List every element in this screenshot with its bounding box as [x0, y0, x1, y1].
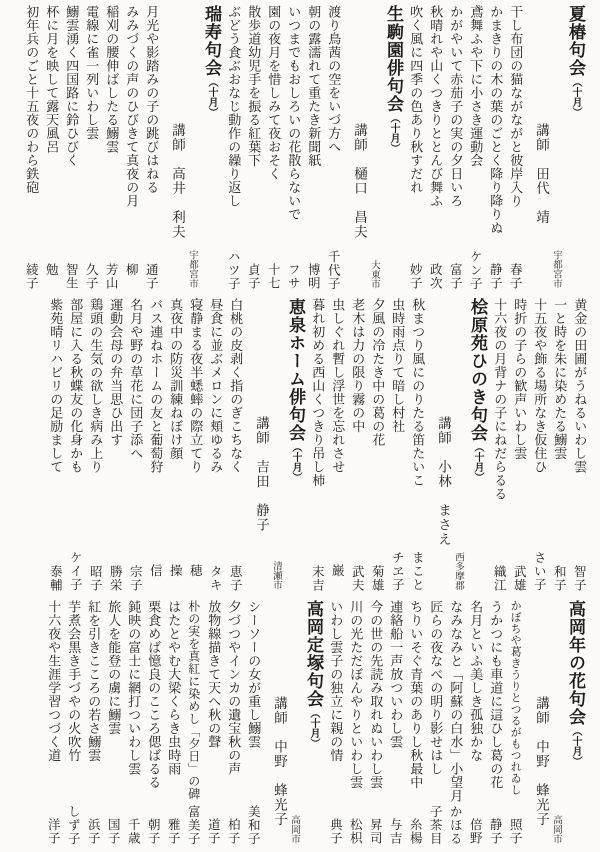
section-title: 高岡年の花句会（十月） — [561, 600, 585, 847]
poem-column: 紅を引きこころの若さ鰯雲浜子 — [84, 600, 102, 847]
section-header: 瑞寿句会（十月）宇都宮市講師 高井 利夫 — [163, 5, 221, 292]
poem-author: チヱ子 — [390, 551, 404, 594]
poem-author: 美和子 — [246, 805, 260, 848]
section-title: 瑞寿句会（十月） — [197, 5, 221, 292]
month-label: （十月） — [388, 113, 399, 153]
poem-author: 芳山 — [104, 263, 118, 292]
poem-author: 静子 — [488, 818, 502, 847]
poem-author: 富子 — [448, 263, 462, 292]
column-band-middle: 黄金の田圃がうねるいわし雲智子一と時を朱に染めたる鰯雲和子十五夜や飾る場所なき仮… — [5, 298, 588, 593]
section-title: 恵泉ホーム俳句会（十月） — [281, 298, 305, 593]
poem-column: うかつにも車道に這ひし葛の花静子 — [486, 600, 504, 847]
poem-author: 信 — [148, 564, 162, 594]
poem-column: 老木は力の限り霧の中武夫 — [348, 298, 366, 593]
poem-author: 千代子 — [326, 250, 340, 293]
poem-column: 旅人を能登の虜に鰯雲国子 — [104, 600, 122, 847]
poem-column: 鰯雲湧く四国路に鈴ひびく智生 — [62, 5, 80, 292]
poem-column: 虫時雨点りて暗し村社チヱ子 — [388, 298, 406, 593]
poem-author: 静子 — [488, 263, 502, 292]
poem-text: 川の光ただぼんやりといわし雲 — [348, 600, 363, 789]
poem-column: 芋煮会黒き手づやの火吹竹しず子 — [64, 600, 82, 847]
city-label: 大東市 — [367, 5, 379, 292]
poem-text: 稲刈の腰伸ばしたる鰯雲 — [104, 5, 119, 154]
poem-author: 綾子 — [24, 263, 38, 292]
poem-text: 白桃の皮剥く指のぎこちなく — [228, 298, 243, 474]
section-title: 桧原苑ひのき句会（十月） — [463, 298, 487, 593]
column-band-bottom: 高岡年の花句会（十月）高岡市講師 中野 蜂光子かぼちや葛きうりとつるがもつれゐし… — [5, 600, 588, 847]
poem-column: 真夜中の防災訓練ねぼけ顔操 — [166, 298, 184, 593]
poem-column: 散歩道幼児手を振る紅葉下貞子 — [244, 5, 262, 292]
poem-column: 秋まつり風にのりたる笛たいこまこと — [408, 298, 426, 593]
poem-author: 操 — [168, 564, 182, 594]
poem-column: 鶏頭の生気の欲しき病み上り昭子 — [86, 298, 104, 593]
poem-text: 秋まつり風にのりたる笛たいこ — [410, 298, 425, 487]
section-header: 恵泉ホーム俳句会（十月）清瀬市講師 吉田 静子 — [247, 298, 305, 593]
poem-author: 浜子 — [86, 818, 100, 847]
poem-author: フサ — [286, 263, 300, 292]
poem-text: バス連ねホームの友と葡萄狩 — [148, 298, 163, 474]
poem-text: 園の夜月を惜しみて夜おそく — [266, 5, 281, 181]
poem-text: 十六夜の月背ナの子にねだらるる — [492, 298, 507, 501]
poem-author: ハツ子 — [226, 250, 240, 293]
poem-column: 運動会母の弁当思ひ出す勝栄 — [106, 298, 124, 593]
poem-author: 和子 — [552, 565, 566, 594]
document-page: 夏椿句会（十月）宇都宮市講師 田代 靖干し布団の猫ながながと彼岸入り春子かまきり… — [0, 0, 600, 852]
poem-column: 放物線描きて天へ秋の聲道子 — [204, 600, 222, 847]
poem-text: いわし雲子の独立に親の情 — [328, 600, 343, 762]
lecturer-name: 講師 小林 まさえ — [429, 298, 451, 593]
poem-author: 武夫 — [350, 565, 364, 594]
poem-author: 貞子 — [246, 263, 260, 292]
city-label: 西多摩郡 — [451, 298, 463, 593]
poem-author: ケン子 — [468, 250, 482, 293]
poem-author: 千歳 — [126, 818, 140, 847]
poem-author: 照子 — [508, 818, 522, 847]
poem-text: 月光や影踏みの子の跳びはねる — [144, 5, 159, 194]
poem-text: 芋煮会黒き手づやの火吹竹 — [66, 600, 81, 762]
poem-author: かほる — [448, 805, 462, 848]
poem-column: なみなみと「阿蘇の白水」小望月かほる — [446, 600, 464, 847]
poem-author: タキ — [208, 565, 222, 594]
poem-column: 渡り鳥茜の空をいづ方へ千代子 — [324, 5, 342, 292]
poem-column: 鈍映の富士に網打ついわし雲千歳 — [124, 600, 142, 847]
poem-author: 洋子 — [46, 818, 60, 847]
lecturer-name: 講師 田代 靖 — [527, 5, 549, 292]
poem-text: 夕風の冷たき中の葛の花 — [370, 298, 385, 447]
poem-text: 時折の子らの歓声いわし雲 — [512, 298, 527, 460]
poem-text: いつまでもおしろいの花散らないで — [286, 5, 301, 221]
poem-author: 穂 — [188, 564, 202, 594]
poem-author: 昭子 — [88, 565, 102, 594]
section-header: 桧原苑ひのき句会（十月）西多摩郡講師 小林 まさえ — [429, 298, 487, 593]
poem-column: 十六夜の月背ナの子にねだらるる織江 — [490, 298, 508, 593]
poem-text: ちりいそぐ青葉のありし秋最中 — [408, 600, 423, 789]
city-label: 宇都宮市 — [185, 5, 197, 292]
poem-column: 初年兵のごと十五夜のわら鉄砲綾子 — [22, 5, 40, 292]
poem-author: 勉 — [44, 263, 58, 293]
poem-author: 末吉 — [310, 565, 324, 594]
poem-column: 川の光ただぼんやりといわし雲松枳 — [346, 600, 364, 847]
poem-text: 今の世の先読み取れぬいわし雲 — [368, 600, 383, 789]
poem-column: はたとやむ大梁くらき虫時雨雅子 — [164, 600, 182, 847]
poem-text: 散歩道幼児手を振る紅葉下 — [246, 5, 261, 167]
poem-column: 名月や野の草花に団子添へ宗子 — [126, 298, 144, 593]
poem-text: 連絡船一声放ついわし雲 — [388, 600, 403, 749]
poem-column: 杯に月を映して露天風呂勉 — [42, 5, 60, 292]
poem-text: 老木は力の限り霧の中 — [350, 298, 365, 433]
section-title: 生駒園俳句会（十月） — [379, 5, 403, 292]
poem-column: ぶどう食ぶおなじ動作の繰り返しハツ子 — [224, 5, 242, 292]
poem-text: 一と時を朱に染めたる鰯雲 — [552, 298, 567, 460]
poem-text: 紫苑晴リハビリの足励まして — [48, 298, 63, 474]
poem-author: 巌 — [330, 564, 344, 594]
poem-column: シーソーの女が重し鰯雲美和子 — [244, 600, 262, 847]
poem-text: 朴の実を真紅に染めし「夕日」の碑 — [186, 600, 199, 800]
city-label: 清瀬市 — [269, 298, 281, 593]
poem-author: 妙子 — [408, 263, 422, 292]
poem-author: 通子 — [144, 263, 158, 292]
poem-text: 鈍映の富士に網打ついわし雲 — [126, 600, 141, 776]
poem-column: みみづくの声のひびきて真夜の月柳 — [122, 5, 140, 292]
poem-author: 恵子 — [228, 565, 242, 594]
poem-author: 富美子 — [186, 805, 200, 848]
poem-text: 紅を引きこころの若さ鰯雲 — [86, 600, 101, 762]
poem-column: 鳶舞ふや下に小さき運動会ケン子 — [466, 5, 484, 292]
poem-column: ちりいそぐ青葉のありし秋最中糸楊 — [406, 600, 424, 847]
poem-text: 鳶舞ふや下に小さき運動会 — [468, 5, 483, 167]
poem-text: 夕づつやインカの遺宝秋の声 — [226, 600, 241, 776]
poem-column: 一と時を朱に染めたる鰯雲和子 — [550, 298, 568, 593]
poem-author: 与吉 — [388, 818, 402, 847]
month-label: （十月） — [290, 442, 301, 482]
poem-author: 春子 — [508, 263, 522, 292]
poem-column: 暮れ初める西山くつきり吊し柿末吉 — [308, 298, 326, 593]
poem-text: はたとやむ大梁くらき虫時雨 — [166, 600, 181, 776]
poem-column: 虫しぐれ暫し浮世を忘れさせ巌 — [328, 298, 346, 593]
section-title: 夏椿句会（十月） — [561, 5, 585, 292]
lecturer-name: 講師 樋口 昌夫 — [345, 5, 367, 292]
poem-author: 織江 — [492, 565, 506, 594]
poem-text: 電線に雀一列いわし雲 — [84, 5, 99, 140]
poem-text: 秋晴れや山くつきりととんび舞ふ — [428, 5, 443, 208]
poem-column: 栗食めば憶良のこころ偲ばるる朝子 — [144, 600, 162, 847]
poem-column: いつまでもおしろいの花散らないでフサ — [284, 5, 302, 292]
city-label: 高岡市 — [549, 600, 561, 847]
poem-text: 虫しぐれ暫し浮世を忘れさせ — [330, 298, 345, 474]
poem-column: 匠らの夜なべの明り影せはし子茶目 — [426, 600, 444, 847]
poem-column: 干し布団の猫ながながと彼岸入り春子 — [506, 5, 524, 292]
poem-text: 栗食めば憶良のこころ偲ばるる — [146, 600, 161, 789]
lecturer-name: 講師 中野 蜂光子 — [265, 600, 287, 847]
poem-text: 鰯雲湧く四国路に鈴ひびく — [64, 5, 79, 167]
poem-text: 匠らの夜なべの明り影せはし — [428, 600, 443, 776]
poem-text: 十五夜や飾る場所なき仮住ひ — [532, 298, 547, 474]
section-header: 生駒園俳句会（十月）大東市講師 樋口 昌夫 — [345, 5, 403, 292]
poem-column: かがやいて赤茄子の実の夕日いろ富子 — [446, 5, 464, 292]
poem-column: 朝の露濡れて重たき新聞紙博明 — [304, 5, 322, 292]
poem-column: いわし雲子の独立に親の情典子 — [326, 600, 344, 847]
city-label: 高岡市 — [287, 600, 299, 847]
poem-text: 旅人を能登の虜に鰯雲 — [106, 600, 121, 735]
month-label: （十月） — [570, 726, 581, 766]
poem-column: 夕づつやインカの遺宝秋の声柏子 — [224, 600, 242, 847]
poem-text: 真夜中の防災訓練ねぼけ顔 — [168, 298, 183, 460]
poem-text: 部屋に入る秋蝶友の化身かも — [68, 298, 83, 474]
poem-column: 今の世の先読み取れぬいわし雲昇司 — [366, 600, 384, 847]
poem-author: 子茶目 — [428, 805, 442, 848]
poem-author: 朝子 — [146, 818, 160, 847]
poem-author: 糸楊 — [408, 818, 422, 847]
month-label: （十月） — [206, 77, 217, 117]
poem-column: 月光や影踏みの子の跳びはねる通子 — [142, 5, 160, 292]
poem-author: 泰輔 — [48, 565, 62, 594]
poem-column: 朴の実を真紅に染めし「夕日」の碑富美子 — [184, 600, 202, 847]
poem-text: 杯に月を映して露天風呂 — [44, 5, 59, 154]
city-label: 宇都宮市 — [549, 5, 561, 292]
poem-text: 運動会母の弁当思ひ出す — [108, 298, 123, 447]
poem-text: 名月といふ美しき孤独かな — [468, 600, 483, 762]
lecturer-name: 講師 吉田 静子 — [247, 298, 269, 593]
poem-author: しず子 — [66, 805, 80, 848]
poem-author: 宗子 — [128, 565, 142, 594]
section-header: 高岡定塚句会（十月）高岡市講師 中野 蜂光子 — [265, 600, 323, 847]
poem-text: かがやいて赤茄子の実の夕日いろ — [448, 5, 463, 208]
poem-column: 寝静まる夜半蟋蟀の際立てり穂 — [186, 298, 204, 593]
section-title: 高岡定塚句会（十月） — [299, 600, 323, 847]
poem-text: 名月や野の草花に団子添へ — [128, 298, 143, 460]
poem-text: 十六夜や生涯学習つづく道 — [46, 600, 61, 762]
poem-column: 夕風の冷たき中の葛の花菊雄 — [368, 298, 386, 593]
lecturer-name: 講師 中野 蜂光子 — [527, 600, 549, 847]
poem-column: 秋晴れや山くつきりととんび舞ふ政次 — [426, 5, 444, 292]
poem-column: 園の夜月を惜しみて夜おそく十七 — [264, 5, 282, 292]
poem-author: 十七 — [266, 263, 280, 292]
poem-column: 昼食に並ぶメロンに頬ゆるみタキ — [206, 298, 224, 593]
poem-author: 智生 — [64, 263, 78, 292]
poem-column: 白桃の皮剥く指のぎこちなく恵子 — [226, 298, 244, 593]
poem-text: 干し布団の猫ながながと彼岸入り — [508, 5, 523, 208]
poem-text: かぼちや葛きうりとつるがもつれゐし — [509, 600, 521, 796]
poem-text: みみづくの声のひびきて真夜の月 — [124, 5, 139, 208]
poem-text: 黄金の田圃がうねるいわし雲 — [572, 298, 587, 474]
section-header: 夏椿句会（十月）宇都宮市講師 田代 靖 — [527, 5, 585, 292]
poem-author: 柏子 — [226, 818, 240, 847]
poem-column: 時折の子らの歓声いわし雲武雄 — [510, 298, 528, 593]
poem-column: 部屋に入る秋蝶友の化身かもケイ子 — [66, 298, 84, 593]
section-header: 高岡年の花句会（十月）高岡市講師 中野 蜂光子 — [527, 600, 585, 847]
poem-column: 十六夜や生涯学習つづく道洋子 — [44, 600, 62, 847]
poem-column: 紫苑晴リハビリの足励まして泰輔 — [46, 298, 64, 593]
poem-author: 菊雄 — [370, 565, 384, 594]
poem-text: 吹く風に四季の色あり秋すだれ — [408, 5, 423, 194]
poem-column: 吹く風に四季の色あり秋すだれ妙子 — [406, 5, 424, 292]
poem-author: 勝栄 — [108, 565, 122, 594]
poem-author: 博明 — [306, 263, 320, 292]
poem-text: なみなみと「阿蘇の白水」小望月 — [448, 600, 463, 803]
poem-author: 久子 — [84, 263, 98, 292]
poem-text: 朝の露濡れて重たき新聞紙 — [306, 5, 321, 167]
poem-text: シーソーの女が重し鰯雲 — [246, 600, 261, 749]
poem-author: 昇司 — [368, 818, 382, 847]
poem-author: さい子 — [532, 551, 546, 594]
poem-column: かまきりの木の葉のごとく降り降りぬ静子 — [486, 5, 504, 292]
month-label: （十月） — [308, 708, 319, 748]
poem-text: うかつにも車道に這ひし葛の花 — [488, 600, 503, 789]
poem-text: 渡り鳥茜の空をいづ方へ — [326, 5, 341, 154]
column-band-top: 夏椿句会（十月）宇都宮市講師 田代 靖干し布団の猫ながながと彼岸入り春子かまきり… — [5, 5, 588, 292]
poem-author: 武雄 — [512, 565, 526, 594]
poem-text: 初年兵のごと十五夜のわら鉄砲 — [24, 5, 39, 194]
poem-text: 暮れ初める西山くつきり吊し柿 — [310, 298, 325, 487]
lecturer-name: 講師 高井 利夫 — [163, 5, 185, 292]
poem-author: 松枳 — [348, 818, 362, 847]
poem-column: 稲刈の腰伸ばしたる鰯雲芳山 — [102, 5, 120, 292]
poem-text: 鶏頭の生気の欲しき病み上り — [88, 298, 103, 474]
month-label: （十月） — [472, 442, 483, 482]
poem-text: 昼食に並ぶメロンに頬ゆるみ — [208, 298, 223, 474]
poem-author: 柳 — [124, 263, 138, 293]
poem-column: 名月といふ美しき孤独かな倍野 — [466, 600, 484, 847]
poem-author: 政次 — [428, 263, 442, 292]
poem-author: 国子 — [106, 818, 120, 847]
month-label: （十月） — [570, 77, 581, 117]
poem-text: 寝静まる夜半蟋蟀の際立てり — [188, 298, 203, 474]
poem-author: ケイ子 — [68, 551, 82, 594]
poem-text: かまきりの木の葉のごとく降り降りぬ — [488, 5, 503, 235]
poem-author: 道子 — [206, 818, 220, 847]
poem-text: 放物線描きて天へ秋の聲 — [206, 600, 221, 749]
poem-author: まこと — [410, 551, 424, 594]
poem-author: 典子 — [328, 818, 342, 847]
poem-text: 虫時雨点りて暗し村社 — [390, 298, 405, 433]
poem-author: 倍野 — [468, 818, 482, 847]
poem-column: 電線に雀一列いわし雲久子 — [82, 5, 100, 292]
poem-column: バス連ねホームの友と葡萄狩信 — [146, 298, 164, 593]
poem-column: 十五夜や飾る場所なき仮住ひさい子 — [530, 298, 548, 593]
poem-author: 雅子 — [166, 818, 180, 847]
poem-author: 智子 — [572, 565, 586, 594]
poem-column: 連絡船一声放ついわし雲与吉 — [386, 600, 404, 847]
poem-text: ぶどう食ぶおなじ動作の繰り返し — [226, 5, 241, 208]
poem-column: かぼちや葛きうりとつるがもつれゐし照子 — [506, 600, 524, 847]
poem-column: 黄金の田圃がうねるいわし雲智子 — [570, 298, 588, 593]
